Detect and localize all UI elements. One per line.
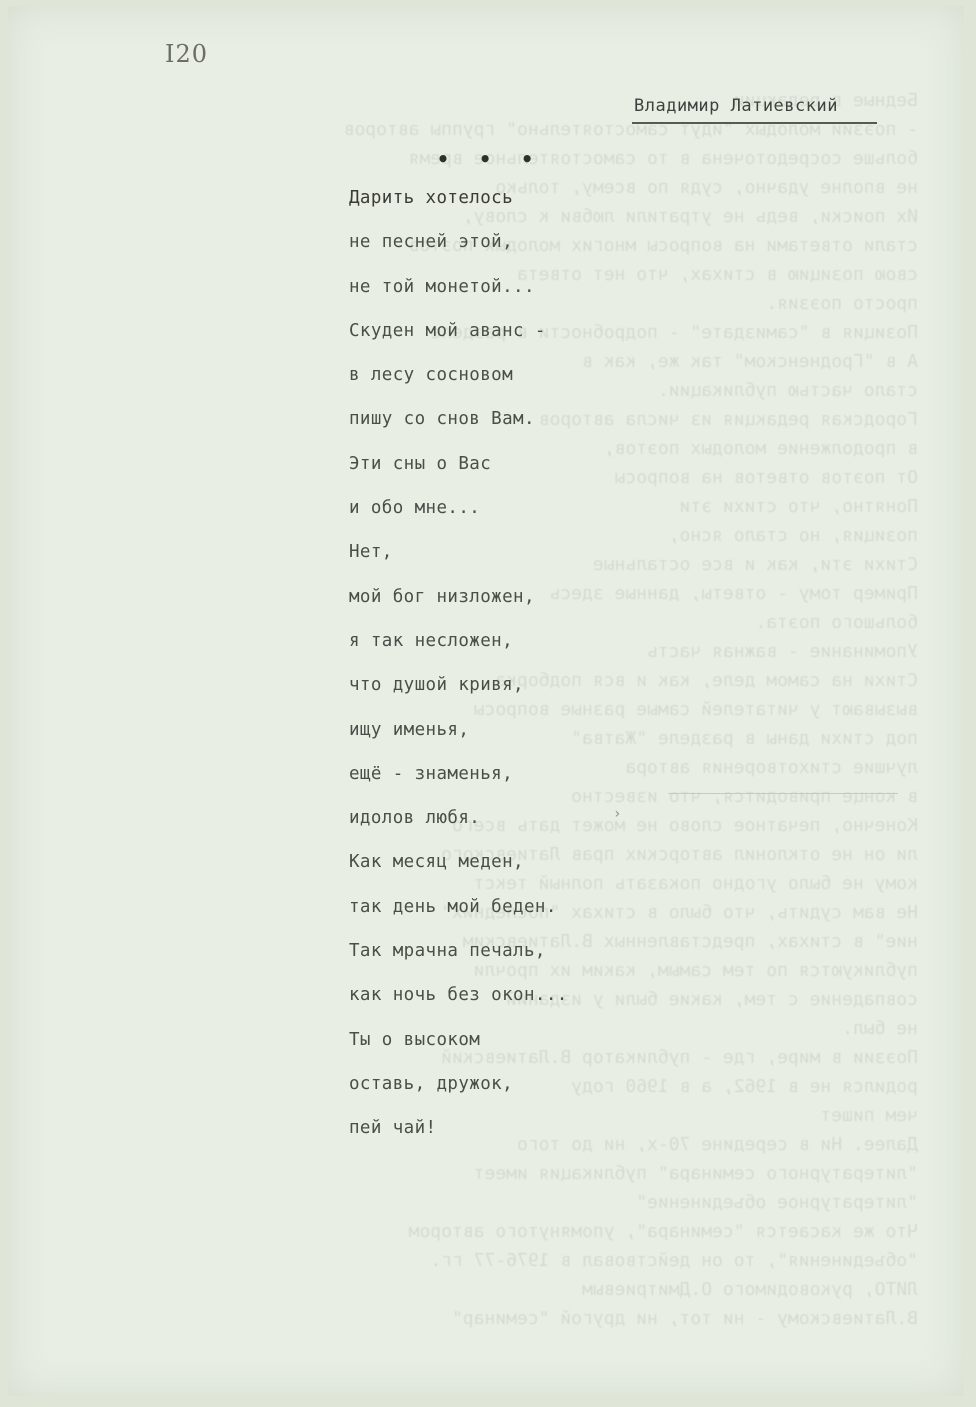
poem-line: пишу со снов Вам. xyxy=(349,397,568,441)
poem-line: мой бог низложен, xyxy=(349,575,568,619)
poem-line: идолов любя. xyxy=(349,796,568,840)
poem-line: Так мрачна печаль, xyxy=(349,929,568,973)
poem-line: не той монетой... xyxy=(349,265,568,309)
bleed-line: - поэзии молодых "идут самостоятельно" г… xyxy=(98,115,918,144)
poem-line: не песней этой, xyxy=(349,220,568,264)
poem-line: ещё - знаменья, xyxy=(349,752,568,796)
bleed-line: "литературное объединение" xyxy=(98,1188,918,1217)
poem-line: я так несложен, xyxy=(349,619,568,663)
bleed-line: Что же касается "семинара", упомянутого … xyxy=(98,1217,918,1246)
poem-line: и обо мне... xyxy=(349,486,568,530)
poem-line: оставь, дружок, xyxy=(349,1062,568,1106)
author-name: Владимир Латиевский xyxy=(634,96,838,116)
poem-line: что душой кривя, xyxy=(349,663,568,707)
poem-line: Дарить хотелось xyxy=(349,176,568,220)
poem-line: Как месяц меден, xyxy=(349,840,568,884)
poem-line: как ночь без окон... xyxy=(349,973,568,1017)
poem-line: в лесу сосновом xyxy=(349,353,568,397)
bleed-line: "объединения", то он действовал в 1976-7… xyxy=(98,1246,918,1275)
poem-line: Ты о высоком xyxy=(349,1018,568,1062)
faint-rule xyxy=(668,793,898,794)
poem-line: Скуден мой аванс - xyxy=(349,309,568,353)
bleed-line: В.Латиевскому - ни тот, ни другой "семин… xyxy=(98,1304,918,1333)
bleed-line: "литературного семинара" публикация имее… xyxy=(98,1159,918,1188)
poem-line: Нет, xyxy=(349,530,568,574)
poem-line: Эти сны о Вас xyxy=(349,442,568,486)
document-page: Бедные в редакции- поэзии молодых "идут … xyxy=(8,6,964,1396)
poem-separator: • • • xyxy=(437,147,542,171)
poem-line: пей чай! xyxy=(349,1106,568,1150)
page-number: I20 xyxy=(165,40,208,68)
author-underline xyxy=(632,122,877,124)
bracket-mark: › xyxy=(613,806,621,822)
poem-line: ищу именья, xyxy=(349,708,568,752)
bleed-line: ЛИТО, руководимого О.Дмитриевым xyxy=(98,1275,918,1304)
poem: Дарить хотелосьне песней этой,не той мон… xyxy=(349,176,568,1151)
poem-line: так день мой беден. xyxy=(349,885,568,929)
